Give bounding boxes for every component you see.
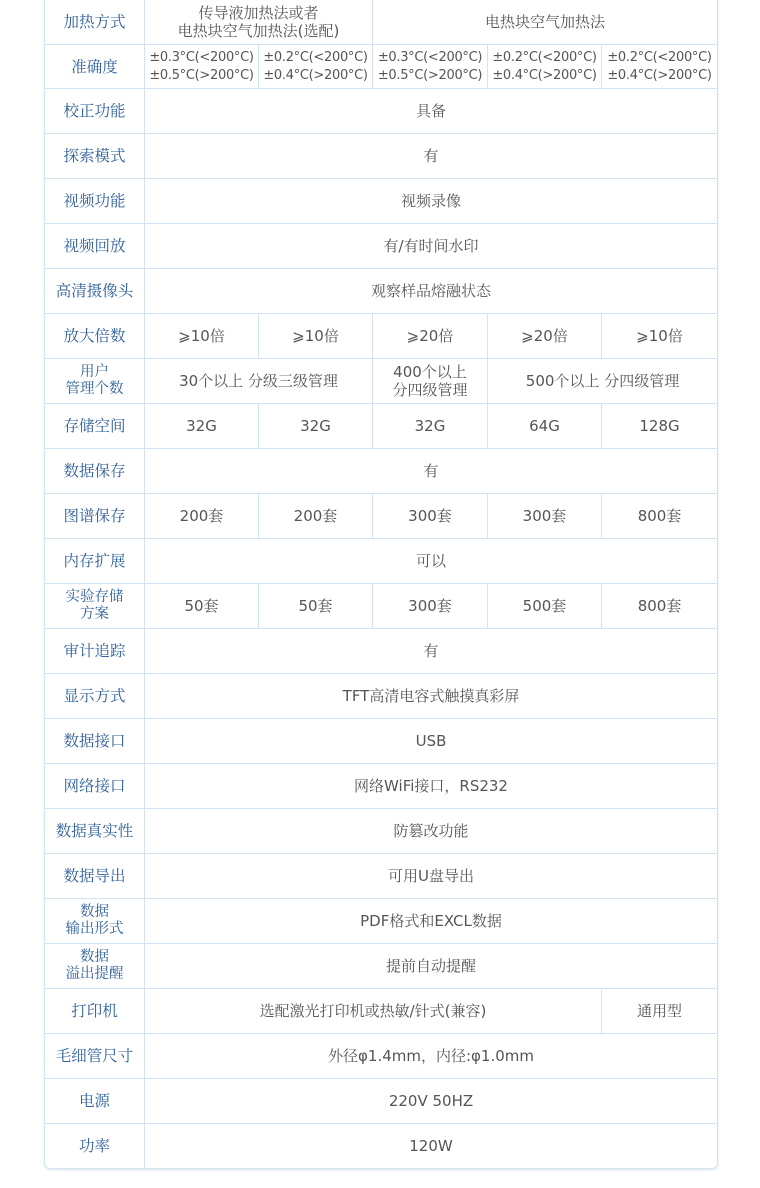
spec-value: 32G: [145, 404, 259, 449]
spec-value: ±0.2°C(<200°C) ±0.4°C(>200°C): [259, 45, 373, 89]
spec-label: 高清摄像头: [45, 269, 145, 314]
spec-label: 打印机: [45, 989, 145, 1034]
spec-value: 观察样品熔融状态: [145, 269, 717, 314]
spec-value: ⩾20倍: [488, 314, 602, 359]
spec-value: TFT高清电容式触摸真彩屏: [145, 674, 717, 719]
spec-value: 可以: [145, 539, 717, 584]
spec-value: 有/有时间水印: [145, 224, 717, 269]
spec-value: 32G: [373, 404, 488, 449]
spec-value: 有: [145, 449, 717, 494]
spec-value: 提前自动提醒: [145, 944, 717, 989]
spec-value: ⩾10倍: [145, 314, 259, 359]
spec-value: 128G: [602, 404, 717, 449]
spec-row: 显示方式TFT高清电容式触摸真彩屏: [45, 674, 717, 719]
spec-value: 网络WiFi接口，RS232: [145, 764, 717, 809]
spec-value: 64G: [488, 404, 602, 449]
spec-label: 实验存储 方案: [45, 584, 145, 629]
spec-value: 800套: [602, 584, 717, 629]
spec-label: 内存扩展: [45, 539, 145, 584]
spec-value: ±0.3°C(<200°C) ±0.5°C(>200°C): [373, 45, 488, 89]
spec-label: 用户 管理个数: [45, 359, 145, 404]
spec-label: 视频功能: [45, 179, 145, 224]
spec-label: 存储空间: [45, 404, 145, 449]
spec-row: 存储空间32G32G32G64G128G: [45, 404, 717, 449]
spec-value: ⩾20倍: [373, 314, 488, 359]
spec-row: 高清摄像头观察样品熔融状态: [45, 269, 717, 314]
spec-label: 校正功能: [45, 89, 145, 134]
spec-row: 审计追踪有: [45, 629, 717, 674]
spec-row: 内存扩展可以: [45, 539, 717, 584]
spec-value: 30个以上 分级三级管理: [145, 359, 373, 404]
spec-value: PDF格式和EXCL数据: [145, 899, 717, 944]
spec-label: 数据 溢出提醒: [45, 944, 145, 989]
spec-value: 200套: [145, 494, 259, 539]
spec-row: 加热方式传导液加热法或者 电热块空气加热法(选配)电热块空气加热法: [45, 0, 717, 45]
spec-row: 数据接口USB: [45, 719, 717, 764]
spec-value: ±0.2°C(<200°C) ±0.4°C(>200°C): [602, 45, 717, 89]
spec-row: 探索模式有: [45, 134, 717, 179]
spec-value: 32G: [259, 404, 373, 449]
spec-value: 500个以上 分四级管理: [488, 359, 717, 404]
spec-row: 电源220V 50HZ: [45, 1079, 717, 1124]
spec-label: 图谱保存: [45, 494, 145, 539]
spec-row: 数据保存有: [45, 449, 717, 494]
spec-value: 220V 50HZ: [145, 1079, 717, 1124]
spec-value: 外径φ1.4mm，内径:φ1.0mm: [145, 1034, 717, 1079]
spec-value: 800套: [602, 494, 717, 539]
spec-row: 功率120W: [45, 1124, 717, 1168]
spec-value: USB: [145, 719, 717, 764]
spec-label: 数据接口: [45, 719, 145, 764]
spec-label: 数据 输出形式: [45, 899, 145, 944]
spec-row: 打印机选配激光打印机或热敏/针式(兼容)通用型: [45, 989, 717, 1034]
spec-label: 功率: [45, 1124, 145, 1168]
spec-label: 数据真实性: [45, 809, 145, 854]
spec-label: 视频回放: [45, 224, 145, 269]
spec-row: 用户 管理个数30个以上 分级三级管理400个以上 分四级管理500个以上 分四…: [45, 359, 717, 404]
spec-row: 网络接口网络WiFi接口，RS232: [45, 764, 717, 809]
spec-label: 探索模式: [45, 134, 145, 179]
spec-row: 实验存储 方案50套50套300套500套800套: [45, 584, 717, 629]
spec-value: 有: [145, 629, 717, 674]
spec-label: 审计追踪: [45, 629, 145, 674]
spec-row: 校正功能具备: [45, 89, 717, 134]
spec-value: 50套: [145, 584, 259, 629]
spec-value: 120W: [145, 1124, 717, 1168]
spec-value: 50套: [259, 584, 373, 629]
spec-value: 500套: [488, 584, 602, 629]
spec-row: 放大倍数⩾10倍⩾10倍⩾20倍⩾20倍⩾10倍: [45, 314, 717, 359]
spec-label: 网络接口: [45, 764, 145, 809]
spec-value: 防篡改功能: [145, 809, 717, 854]
spec-value: 具备: [145, 89, 717, 134]
spec-label: 加热方式: [45, 0, 145, 45]
spec-row: 毛细管尺寸外径φ1.4mm，内径:φ1.0mm: [45, 1034, 717, 1079]
spec-value: 300套: [373, 494, 488, 539]
spec-value: ⩾10倍: [602, 314, 717, 359]
spec-value: 可用U盘导出: [145, 854, 717, 899]
spec-label: 电源: [45, 1079, 145, 1124]
spec-row: 视频回放有/有时间水印: [45, 224, 717, 269]
spec-value: ±0.3°C(<200°C) ±0.5°C(>200°C): [145, 45, 259, 89]
spec-row: 数据 输出形式PDF格式和EXCL数据: [45, 899, 717, 944]
spec-row: 图谱保存200套200套300套300套800套: [45, 494, 717, 539]
spec-value: 300套: [488, 494, 602, 539]
spec-label: 放大倍数: [45, 314, 145, 359]
spec-label: 显示方式: [45, 674, 145, 719]
spec-value: 通用型: [602, 989, 717, 1034]
spec-label: 毛细管尺寸: [45, 1034, 145, 1079]
spec-row: 数据 溢出提醒提前自动提醒: [45, 944, 717, 989]
spec-row: 视频功能视频录像: [45, 179, 717, 224]
spec-value: 视频录像: [145, 179, 717, 224]
spec-row: 数据导出可用U盘导出: [45, 854, 717, 899]
spec-value: 选配激光打印机或热敏/针式(兼容): [145, 989, 602, 1034]
spec-row: 数据真实性防篡改功能: [45, 809, 717, 854]
spec-value: 有: [145, 134, 717, 179]
spec-value: 200套: [259, 494, 373, 539]
spec-value: ⩾10倍: [259, 314, 373, 359]
spec-table: 加热方式传导液加热法或者 电热块空气加热法(选配)电热块空气加热法准确度±0.3…: [44, 0, 718, 1169]
spec-table-body: 加热方式传导液加热法或者 电热块空气加热法(选配)电热块空气加热法准确度±0.3…: [45, 0, 717, 1168]
spec-label: 准确度: [45, 45, 145, 89]
spec-value: 传导液加热法或者 电热块空气加热法(选配): [145, 0, 373, 45]
spec-row: 准确度±0.3°C(<200°C) ±0.5°C(>200°C)±0.2°C(<…: [45, 45, 717, 89]
spec-label: 数据导出: [45, 854, 145, 899]
spec-value: 电热块空气加热法: [373, 0, 717, 45]
spec-label: 数据保存: [45, 449, 145, 494]
spec-value: ±0.2°C(<200°C) ±0.4°C(>200°C): [488, 45, 602, 89]
spec-value: 400个以上 分四级管理: [373, 359, 488, 404]
spec-value: 300套: [373, 584, 488, 629]
